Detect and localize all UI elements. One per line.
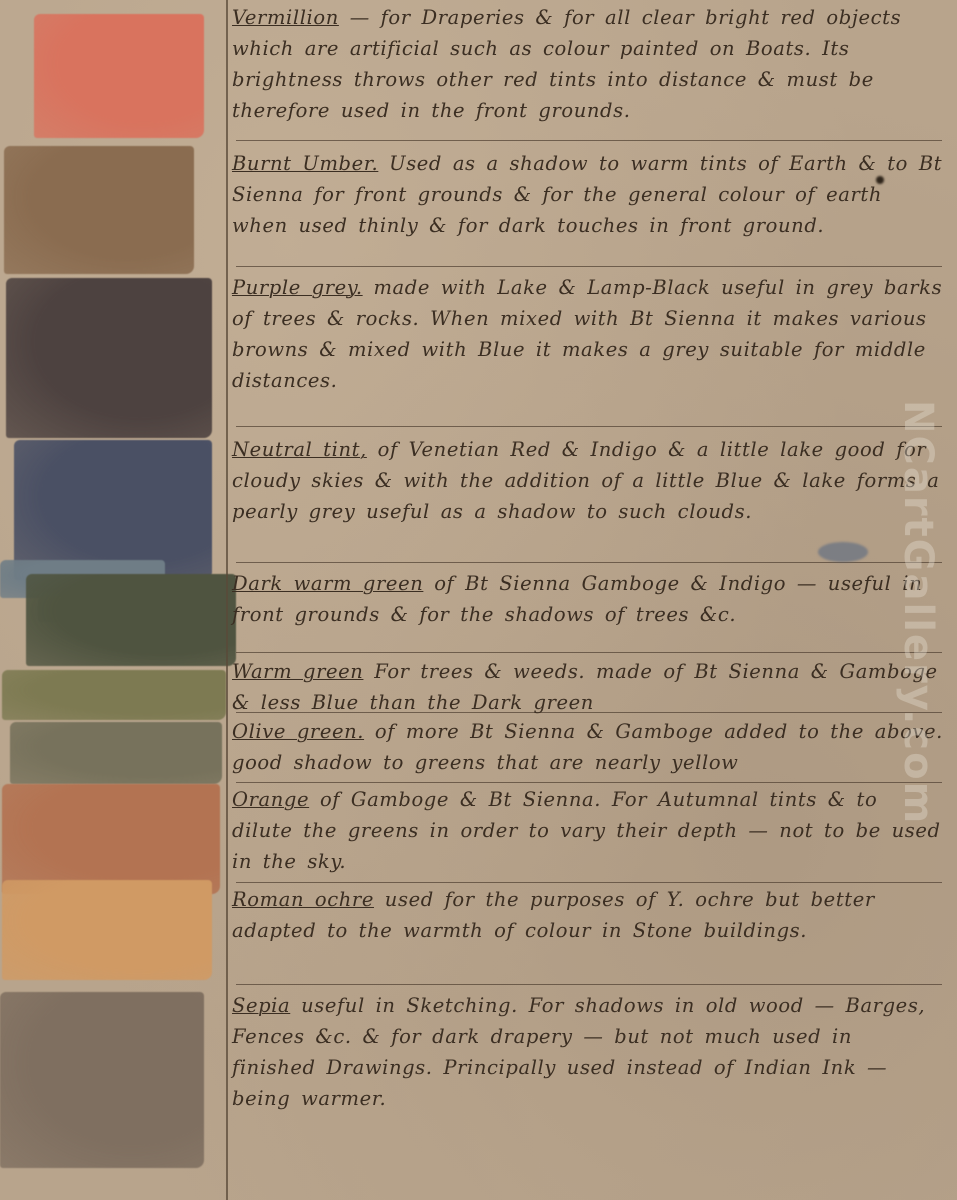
divider bbox=[236, 984, 942, 985]
note-sepia: Sepia useful in Sketching. For shadows i… bbox=[232, 990, 944, 1114]
note-neutral-tint: Neutral tint, of Venetian Red & Indigo &… bbox=[232, 434, 944, 527]
note-warm-green: Warm green For trees & weeds. made of Bt… bbox=[232, 656, 944, 718]
manuscript-page: Vermillion — for Draperies & for all cle… bbox=[0, 0, 957, 1200]
note-title: Warm green bbox=[232, 660, 363, 683]
swatch-orange bbox=[2, 784, 220, 894]
note-title: Olive green. bbox=[232, 720, 364, 743]
swatch-olive-green bbox=[10, 722, 222, 784]
note-title: Vermillion bbox=[232, 6, 339, 29]
divider bbox=[236, 652, 942, 653]
divider bbox=[236, 782, 942, 783]
divider bbox=[236, 882, 942, 883]
margin-rule bbox=[226, 0, 228, 1200]
divider bbox=[236, 562, 942, 563]
swatch-burnt-umber bbox=[4, 146, 194, 274]
swatch-roman-ochre bbox=[2, 880, 212, 980]
swatch-dark-warm-green bbox=[26, 574, 236, 666]
swatch-vermillion bbox=[34, 14, 204, 138]
divider bbox=[236, 266, 942, 267]
blue-paint-stain bbox=[818, 542, 868, 562]
note-title: Orange bbox=[232, 788, 309, 811]
note-dark-warm-green: Dark warm green of Bt Sienna Gamboge & I… bbox=[232, 568, 944, 630]
swatch-neutral-tint bbox=[14, 440, 212, 580]
swatch-sepia bbox=[0, 992, 204, 1168]
note-purple-grey: Purple grey. made with Lake & Lamp-Black… bbox=[232, 272, 944, 396]
watermark-text: NCartGallery.com bbox=[895, 400, 941, 825]
notes-column: Vermillion — for Draperies & for all cle… bbox=[232, 0, 952, 1200]
note-title: Burnt Umber. bbox=[232, 152, 378, 175]
note-title: Dark warm green bbox=[232, 572, 423, 595]
note-title: Purple grey. bbox=[232, 276, 363, 299]
note-text: useful in Sketching. For shadows in old … bbox=[232, 994, 925, 1110]
note-title: Neutral tint, bbox=[232, 438, 367, 461]
swatch-column bbox=[0, 0, 232, 1200]
swatch-warm-green bbox=[2, 670, 226, 720]
note-roman-ochre: Roman ochre used for the purposes of Y. … bbox=[232, 884, 944, 946]
note-olive-green: Olive green. of more Bt Sienna & Gamboge… bbox=[232, 716, 944, 778]
note-orange: Orange of Gamboge & Bt Sienna. For Autum… bbox=[232, 784, 944, 877]
note-vermillion: Vermillion — for Draperies & for all cle… bbox=[232, 2, 944, 126]
swatch-purple-grey bbox=[6, 278, 212, 438]
note-title: Sepia bbox=[232, 994, 290, 1017]
note-text: of Gamboge & Bt Sienna. For Autumnal tin… bbox=[232, 788, 941, 873]
divider bbox=[236, 140, 942, 141]
divider bbox=[236, 426, 942, 427]
ink-blot bbox=[876, 176, 884, 184]
note-title: Roman ochre bbox=[232, 888, 374, 911]
note-burnt-umber: Burnt Umber. Used as a shadow to warm ti… bbox=[232, 148, 944, 241]
